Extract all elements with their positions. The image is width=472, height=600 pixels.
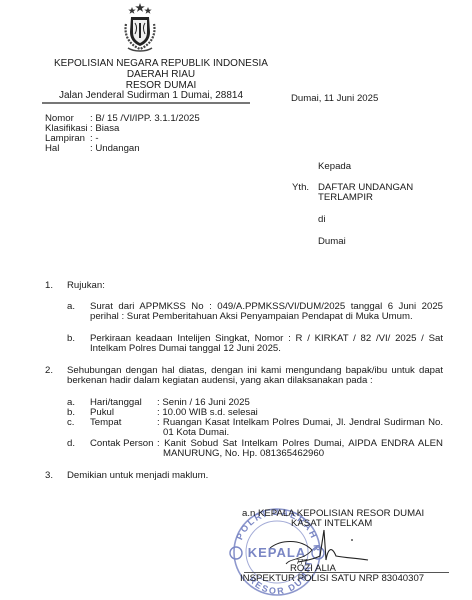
meta-label: Hal [45,143,90,154]
police-emblem-icon [118,2,162,54]
p3-number: 3. [45,470,53,481]
p1a-letter: a. [67,301,75,312]
p2c-label: Tempat [90,417,121,428]
p1-number: 1. [45,280,53,291]
p2d-value-line2: MANURUNG, No. Hp. 081365462960 [163,448,324,459]
p2c-value-line2: 01 Kota Dumai. [163,427,229,438]
p1b-letter: b. [67,333,75,344]
letterhead-address: Jalan Jenderal Sudirman 1 Dumai, 28814 [30,90,272,101]
p2-number: 2. [45,365,53,376]
letter-date: Dumai, 11 Juni 2025 [291,93,378,104]
letterhead-line1: KEPOLISIAN NEGARA REPUBLIK INDONESIA [40,58,282,69]
p2d-label: Contak Person [90,438,153,449]
letterhead-line2: DAERAH RIAU [40,69,282,80]
recipient-kepada: Kepada [318,161,351,172]
p2c-letter: c. [67,417,74,428]
recipient-yth: Yth. [292,182,309,193]
recipient-city: Dumai [318,236,346,247]
recipient-di: di [318,214,325,225]
recipient-name-line2: TERLAMPIR [318,192,373,203]
letterhead-divider [42,102,250,104]
p1b-line2: Intelkam Polres Dumai tanggal 12 Juni 20… [90,343,281,354]
p1a-line2: perihal : Surat Pemberitahuan Aksi Penya… [90,311,413,322]
p2d-letter: d. [67,438,75,449]
p3-text: Demikian untuk menjadi maklum. [67,470,208,481]
meta-value: : Undangan [90,143,140,154]
p2-line2: berkenan hadir dalam kegiatan audensi, y… [67,375,373,386]
p1-title: Rujukan: [67,280,105,291]
signature-rank: INSPEKTUR POLISI SATU NRP 83040307 [240,573,424,584]
meta-hal: Hal: Undangan [45,143,140,154]
